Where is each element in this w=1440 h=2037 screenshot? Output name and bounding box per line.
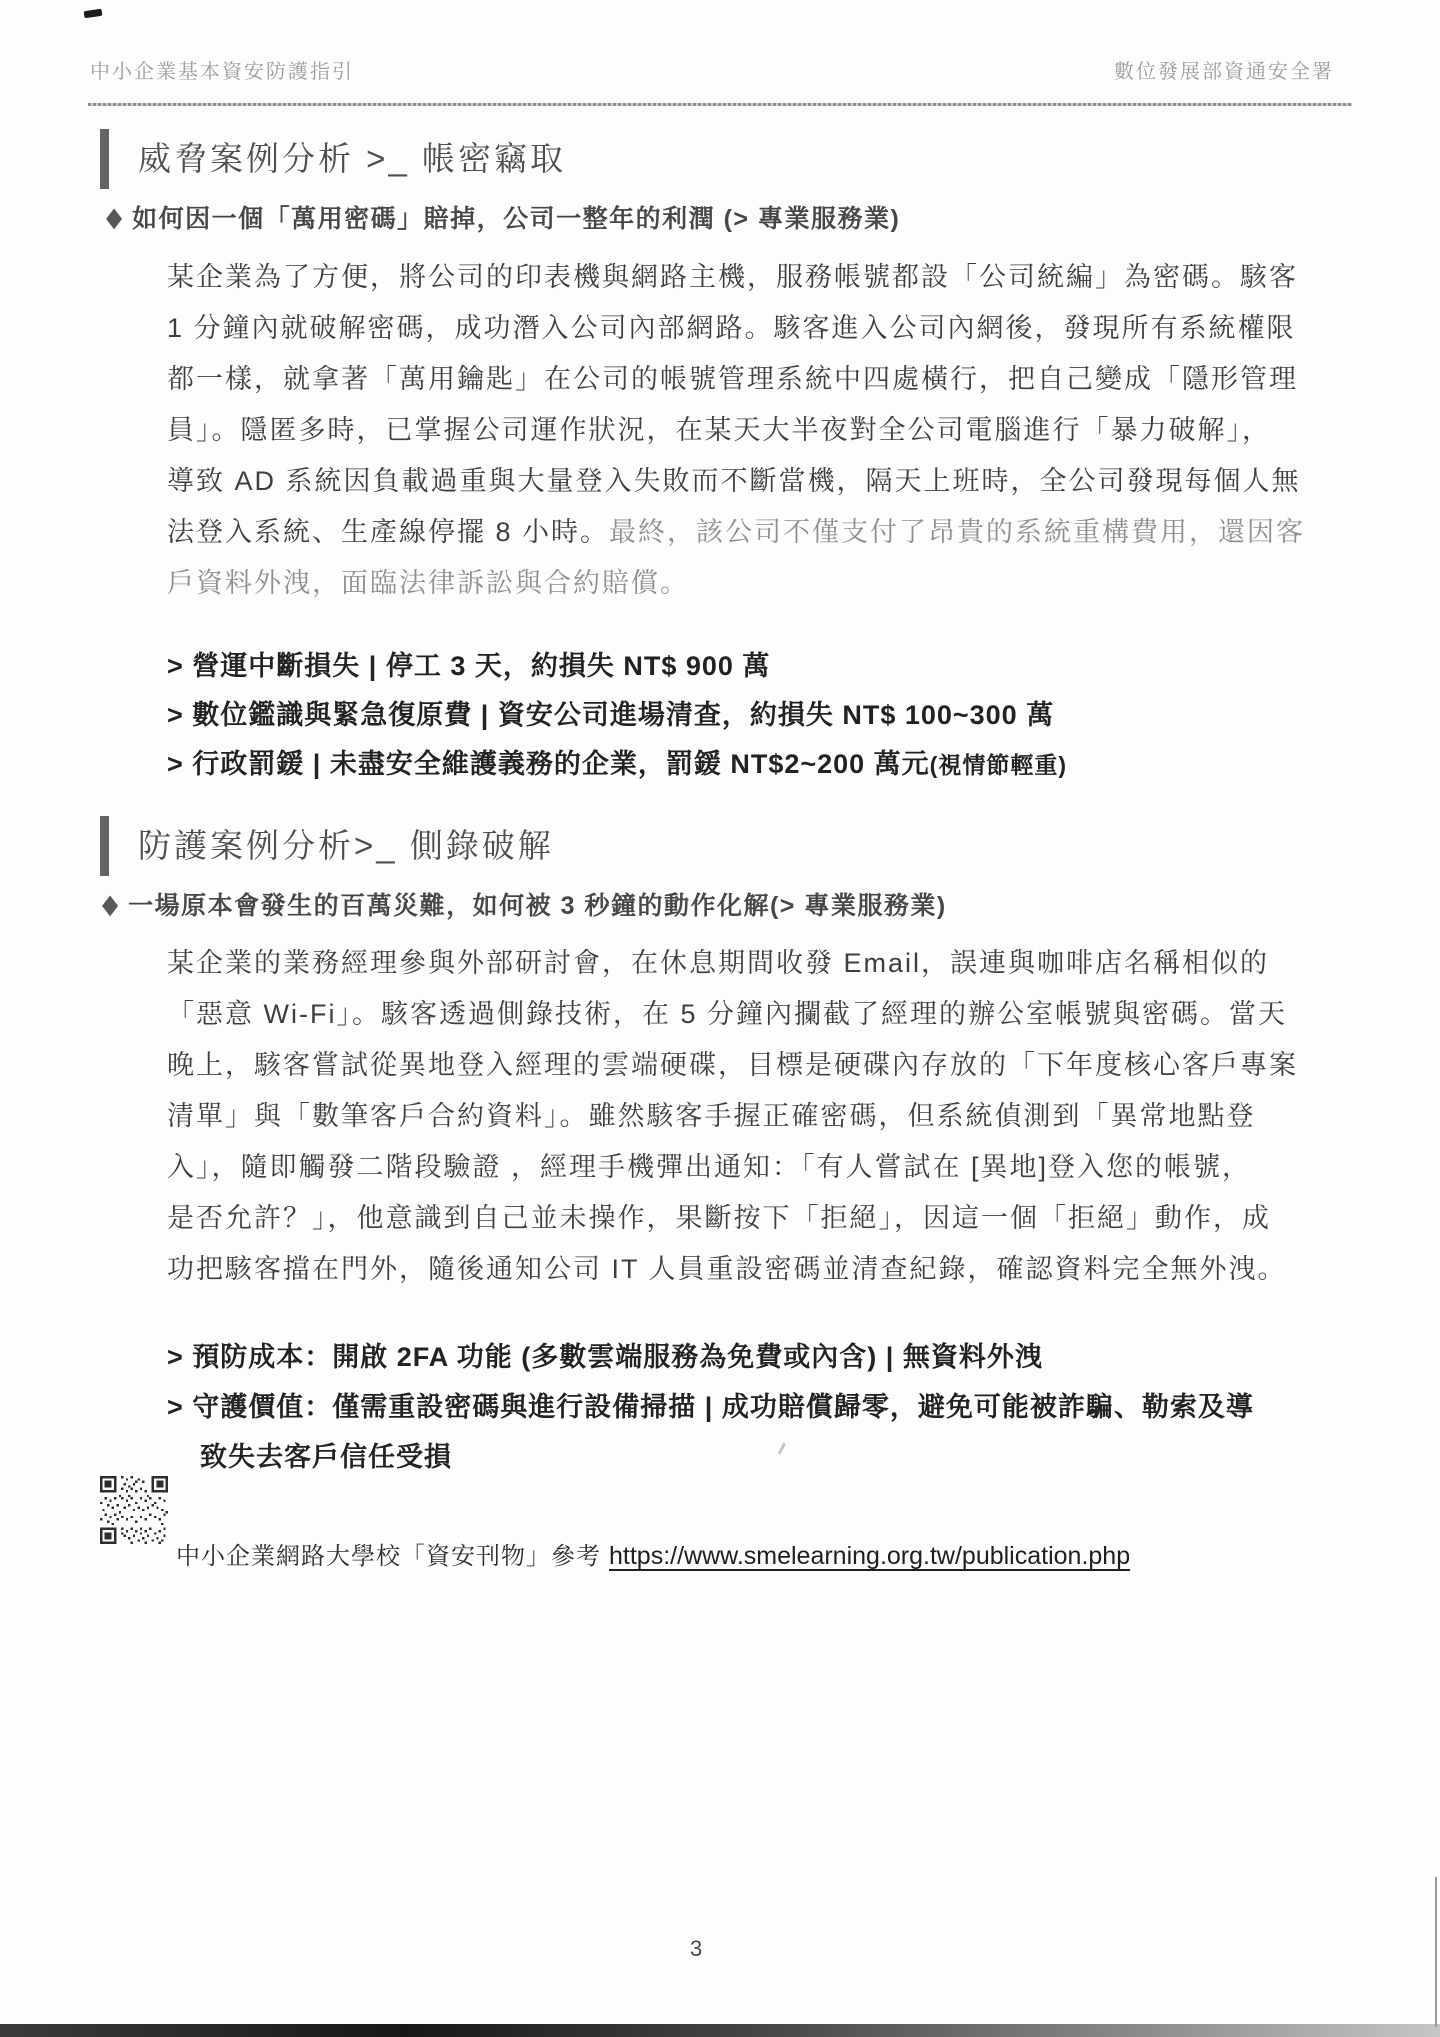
bullet-item-continuation: 致失去客戶信任受損	[167, 1432, 1254, 1482]
section1-subtitle: 如何因一個「萬用密碼」賠掉，公司一整年的利潤 (> 專業服務業)	[132, 199, 900, 235]
paragraph-line: 功把駭客擋在門外，隨後通知公司 IT 人員重設密碼並清查紀錄，確認資料完全無外洩…	[167, 1244, 1327, 1295]
header-rule	[88, 103, 1352, 106]
section2-bullet-list: > 預防成本：開啟 2FA 功能 (多數雲端服務為免費或內含) | 無資料外洩 …	[167, 1332, 1254, 1482]
section2-bar	[100, 816, 109, 876]
section1-bar	[100, 129, 109, 189]
footer-label: 中小企業網路大學校「資安刊物」參考	[176, 1536, 601, 1571]
paragraph-line: 是否允許？」，他意識到自己並未操作，果斷按下「拒絕」，因這一個「拒絕」動作，成	[167, 1193, 1327, 1244]
paragraph-line: 員」。隱匿多時，已掌握公司運作狀況，在某天大半夜對全公司電腦進行「暴力破解」，	[167, 405, 1327, 456]
paragraph-line: 1 分鐘內就破解密碼，成功潛入公司內部網路。駭客進入公司內網後，發現所有系統權限	[167, 303, 1327, 354]
paragraph-line: 法登入系統、生產線停擺 8 小時。最終，該公司不僅支付了昂貴的系統重構費用，還因…	[167, 507, 1327, 558]
paragraph-line: 清單」與「數筆客戶合約資料」。雖然駭客手握正確密碼，但系統偵測到「異常地點登	[167, 1091, 1327, 1142]
section2-subtitle-row: ◆ 一場原本會發生的百萬災難，如何被 3 秒鐘的動作化解(> 專業服務業)	[102, 886, 947, 922]
bullet-item: > 數位鑑識與緊急復原費 | 資安公司進場清查，約損失 NT$ 100~300 …	[167, 691, 1067, 740]
paragraph-line: 晚上，駭客嘗試從異地登入經理的雲端硬碟，目標是硬碟內存放的「下年度核心客戶專案	[167, 1040, 1327, 1091]
section1-bullet-list: > 營運中斷損失 | 停工 3 天，約損失 NT$ 900 萬 > 數位鑑識與緊…	[167, 642, 1067, 790]
bullet-item: > 營運中斷損失 | 停工 3 天，約損失 NT$ 900 萬	[167, 642, 1067, 691]
footer-reference: 中小企業網路大學校「資安刊物」參考 https://www.smelearnin…	[176, 1536, 1130, 1571]
paragraph-line: 導致 AD 系統因負載過重與大量登入失敗而不斷當機，隔天上班時，全公司發現每個人…	[167, 456, 1327, 507]
section2-paragraph: 某企業的業務經理參與外部研討會，在休息期間收發 Email，誤連與咖啡店名稱相似…	[167, 938, 1327, 1295]
bullet-item-main: > 行政罰鍰 | 未盡安全維護義務的企業，罰鍰 NT$2~200 萬元	[167, 749, 930, 779]
paragraph-segment: 法登入系統、生產線停擺 8 小時。	[167, 517, 609, 547]
paragraph-line: 都一樣，就拿著「萬用鑰匙」在公司的帳號管理系統中四處橫行，把自己變成「隱形管理	[167, 354, 1327, 405]
diamond-icon: ◆	[102, 890, 118, 917]
document-page: 中小企業基本資安防護指引 數位發展部資通安全署 威脅案例分析 >_ 帳密竊取 ◆…	[0, 0, 1440, 2037]
paragraph-line: 入」，隨即觸發二階段驗證 ，經理手機彈出通知：「有人嘗試在 [異地]登入您的帳號…	[167, 1142, 1327, 1193]
running-header-right: 數位發展部資通安全署	[1114, 55, 1334, 84]
scan-artifact-bottom-band	[0, 2024, 1440, 2037]
page-number: 3	[690, 1936, 702, 1962]
running-header-left: 中小企業基本資安防護指引	[90, 55, 354, 84]
paragraph-line: 「惡意 Wi-Fi」。駭客透過側錄技術，在 5 分鐘內攔截了經理的辦公室帳號與密…	[167, 989, 1327, 1040]
paragraph-line-muted: 戶資料外洩，面臨法律訴訟與合約賠償。	[167, 558, 1327, 609]
bullet-item-note: (視情節輕重)	[930, 752, 1067, 778]
section2-title: 防護案例分析>_ 側錄破解	[138, 820, 554, 867]
scan-artifact-edge-line	[1435, 1877, 1437, 2027]
bullet-item: > 預防成本：開啟 2FA 功能 (多數雲端服務為免費或內含) | 無資料外洩	[167, 1332, 1254, 1382]
scan-artifact-corner	[84, 9, 103, 18]
diamond-icon: ◆	[106, 203, 122, 230]
section2-subtitle: 一場原本會發生的百萬災難，如何被 3 秒鐘的動作化解(> 專業服務業)	[128, 886, 947, 922]
paragraph-line: 某企業的業務經理參與外部研討會，在休息期間收發 Email，誤連與咖啡店名稱相似…	[167, 938, 1327, 989]
publication-link[interactable]: https://www.smelearning.org.tw/publicati…	[609, 1542, 1130, 1571]
bullet-item: > 行政罰鍰 | 未盡安全維護義務的企業，罰鍰 NT$2~200 萬元(視情節輕…	[167, 740, 1067, 790]
section1-paragraph: 某企業為了方便，將公司的印表機與網路主機，服務帳號都設「公司統編」為密碼。駭客 …	[167, 252, 1327, 609]
section1-title: 威脅案例分析 >_ 帳密竊取	[138, 133, 566, 180]
paragraph-line: 某企業為了方便，將公司的印表機與網路主機，服務帳號都設「公司統編」為密碼。駭客	[167, 252, 1327, 303]
paragraph-segment-muted: 最終，該公司不僅支付了昂貴的系統重構費用，還因客	[609, 517, 1305, 547]
section1-subtitle-row: ◆ 如何因一個「萬用密碼」賠掉，公司一整年的利潤 (> 專業服務業)	[106, 199, 900, 235]
qr-code-icon	[100, 1476, 168, 1544]
bullet-item: > 守護價值：僅需重設密碼與進行設備掃描 | 成功賠償歸零，避免可能被詐騙、勒索…	[167, 1382, 1254, 1432]
